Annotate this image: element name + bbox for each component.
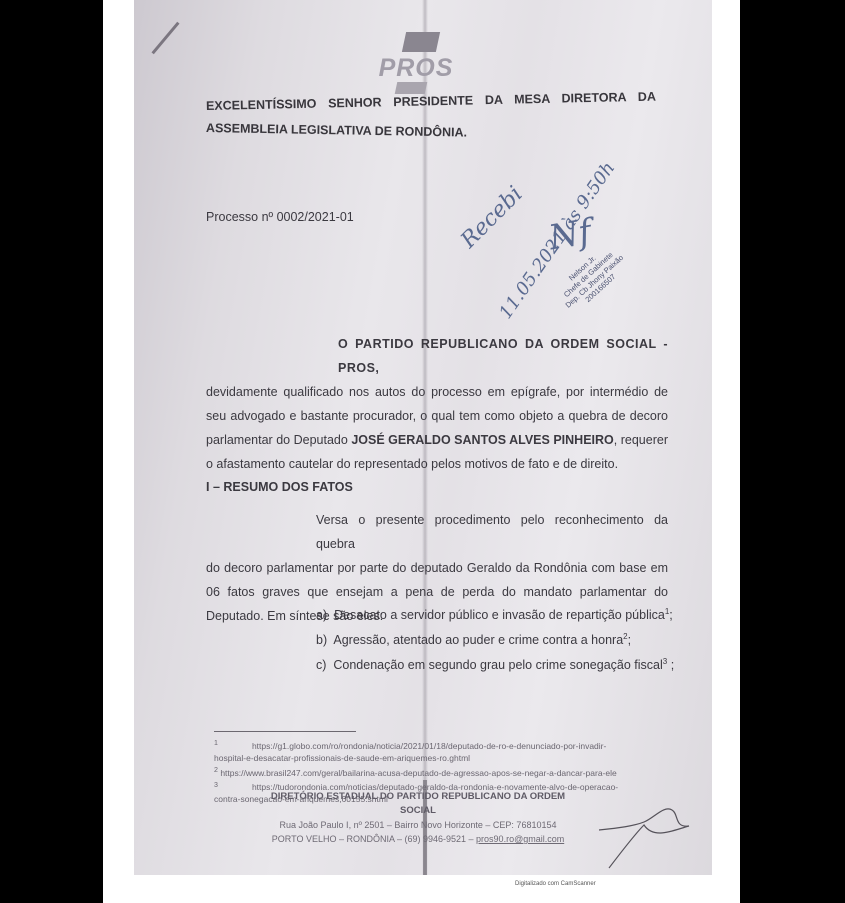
heading-line-1: EXCELENTÍSSIMO SENHOR PRESIDENTE DA MESA… bbox=[206, 86, 656, 117]
footer-org: DIRETÓRIO ESTADUAL DO PARTIDO REPUBLICAN… bbox=[258, 790, 578, 818]
summary-lead: Versa o presente procedimento pelo recon… bbox=[206, 508, 668, 556]
black-border-left bbox=[0, 0, 103, 903]
stamp-signature: Nf bbox=[546, 212, 595, 259]
footnote-divider bbox=[214, 731, 356, 732]
list-item: c) Condenação em segundo grau pelo crime… bbox=[316, 651, 674, 676]
list-item: a) Desacato a servidor público e invasão… bbox=[316, 601, 674, 626]
initials-signature-icon bbox=[594, 800, 694, 870]
footer-contact: PORTO VELHO – RONDÔNIA – (69) 9946-9521 … bbox=[258, 832, 578, 846]
footnote-1: 1https://g1.globo.com/ro/rondonia/notici… bbox=[214, 737, 674, 752]
intro-lead: O PARTIDO REPUBLICANO DA ORDEM SOCIAL - … bbox=[206, 332, 668, 380]
logo-bar-icon bbox=[402, 32, 440, 52]
receipt-stamp: Recebi 11.05.2021 às 9:50h Nf Nelson Jr.… bbox=[454, 175, 674, 325]
scanner-watermark: Digitalizado com CamScanner bbox=[515, 881, 596, 887]
heading-line-2: ASSEMBLEIA LEGISLATIVA DE RONDÔNIA. bbox=[206, 117, 656, 147]
footer-street: Rua João Paulo I, nº 2501 – Bairro Novo … bbox=[258, 818, 578, 832]
black-border-right bbox=[740, 0, 845, 903]
intro-paragraph: O PARTIDO REPUBLICANO DA ORDEM SOCIAL - … bbox=[206, 332, 668, 476]
corner-mark bbox=[151, 22, 179, 55]
process-number: Processo nº 0002/2021-01 bbox=[206, 210, 354, 224]
letterhead-footer: DIRETÓRIO ESTADUAL DO PARTIDO REPUBLICAN… bbox=[258, 790, 578, 846]
footnote-link[interactable]: https://www.brasil247.com/geral/bailarin… bbox=[220, 768, 616, 778]
stamp-recebi: Recebi bbox=[456, 182, 527, 253]
section-title: I – RESUMO DOS FATOS bbox=[206, 480, 353, 494]
footer-email[interactable]: pros90.ro@gmail.com bbox=[476, 834, 564, 844]
footnote-1-cont: hospital-e-desacatar-profissionais-de-sa… bbox=[214, 752, 674, 764]
addressee-heading: EXCELENTÍSSIMO SENHOR PRESIDENTE DA MESA… bbox=[206, 95, 656, 139]
logo-text: PROS bbox=[356, 54, 476, 83]
list-item: b) Agressão, atentado ao puder e crime c… bbox=[316, 626, 674, 651]
document-paper: PROS EXCELENTÍSSIMO SENHOR PRESIDENTE DA… bbox=[134, 0, 712, 875]
footnote-link[interactable]: https://g1.globo.com/ro/rondonia/noticia… bbox=[218, 741, 606, 751]
facts-list: a) Desacato a servidor público e invasão… bbox=[316, 601, 674, 676]
footnote-2: 2 https://www.brasil247.com/geral/bailar… bbox=[214, 764, 674, 779]
deputy-name: JOSÉ GERALDO SANTOS ALVES PINHEIRO bbox=[351, 433, 613, 447]
